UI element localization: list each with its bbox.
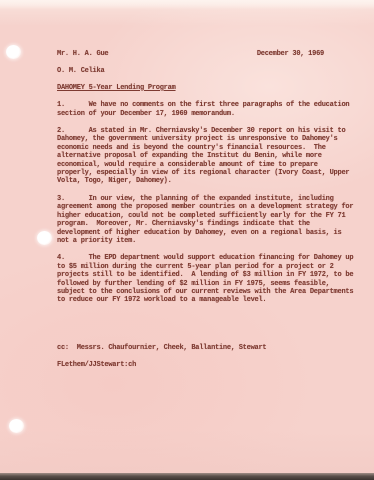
- memo-paragraph-2: 2. As stated in Mr. Cherniavsky's Decemb…: [57, 127, 354, 186]
- scan-edge-top: [0, 0, 374, 9]
- memo-paragraph-1: 1. We have no comments on the first thre…: [57, 101, 354, 118]
- memo-from: O. M. Celika: [57, 67, 354, 75]
- memo-page: Mr. H. A. Gue December 30, 1969 O. M. Ce…: [0, 0, 374, 480]
- memo-paragraph-3: 3. In our view, the planning of the expa…: [57, 195, 354, 245]
- hole-punch-bottom: [9, 419, 24, 433]
- memo-subject: DAHOMEY 5-Year Lending Program: [57, 84, 176, 92]
- hole-punch-top: [6, 45, 21, 59]
- memo-cc: cc: Messrs. Chaufournier, Cheek, Ballant…: [57, 344, 354, 352]
- hole-punch-middle: [37, 231, 52, 245]
- memo-content: Mr. H. A. Gue December 30, 1969 O. M. Ce…: [57, 50, 354, 370]
- scan-edge-bottom: [0, 473, 374, 480]
- memo-reference: FLethem/JJStewart:ch: [57, 361, 354, 369]
- memo-header: Mr. H. A. Gue December 30, 1969: [57, 50, 354, 58]
- memo-paragraph-4: 4. The EPD department would support educ…: [57, 254, 354, 304]
- memo-date: December 30, 1969: [257, 50, 354, 58]
- memo-to: Mr. H. A. Gue: [57, 50, 108, 58]
